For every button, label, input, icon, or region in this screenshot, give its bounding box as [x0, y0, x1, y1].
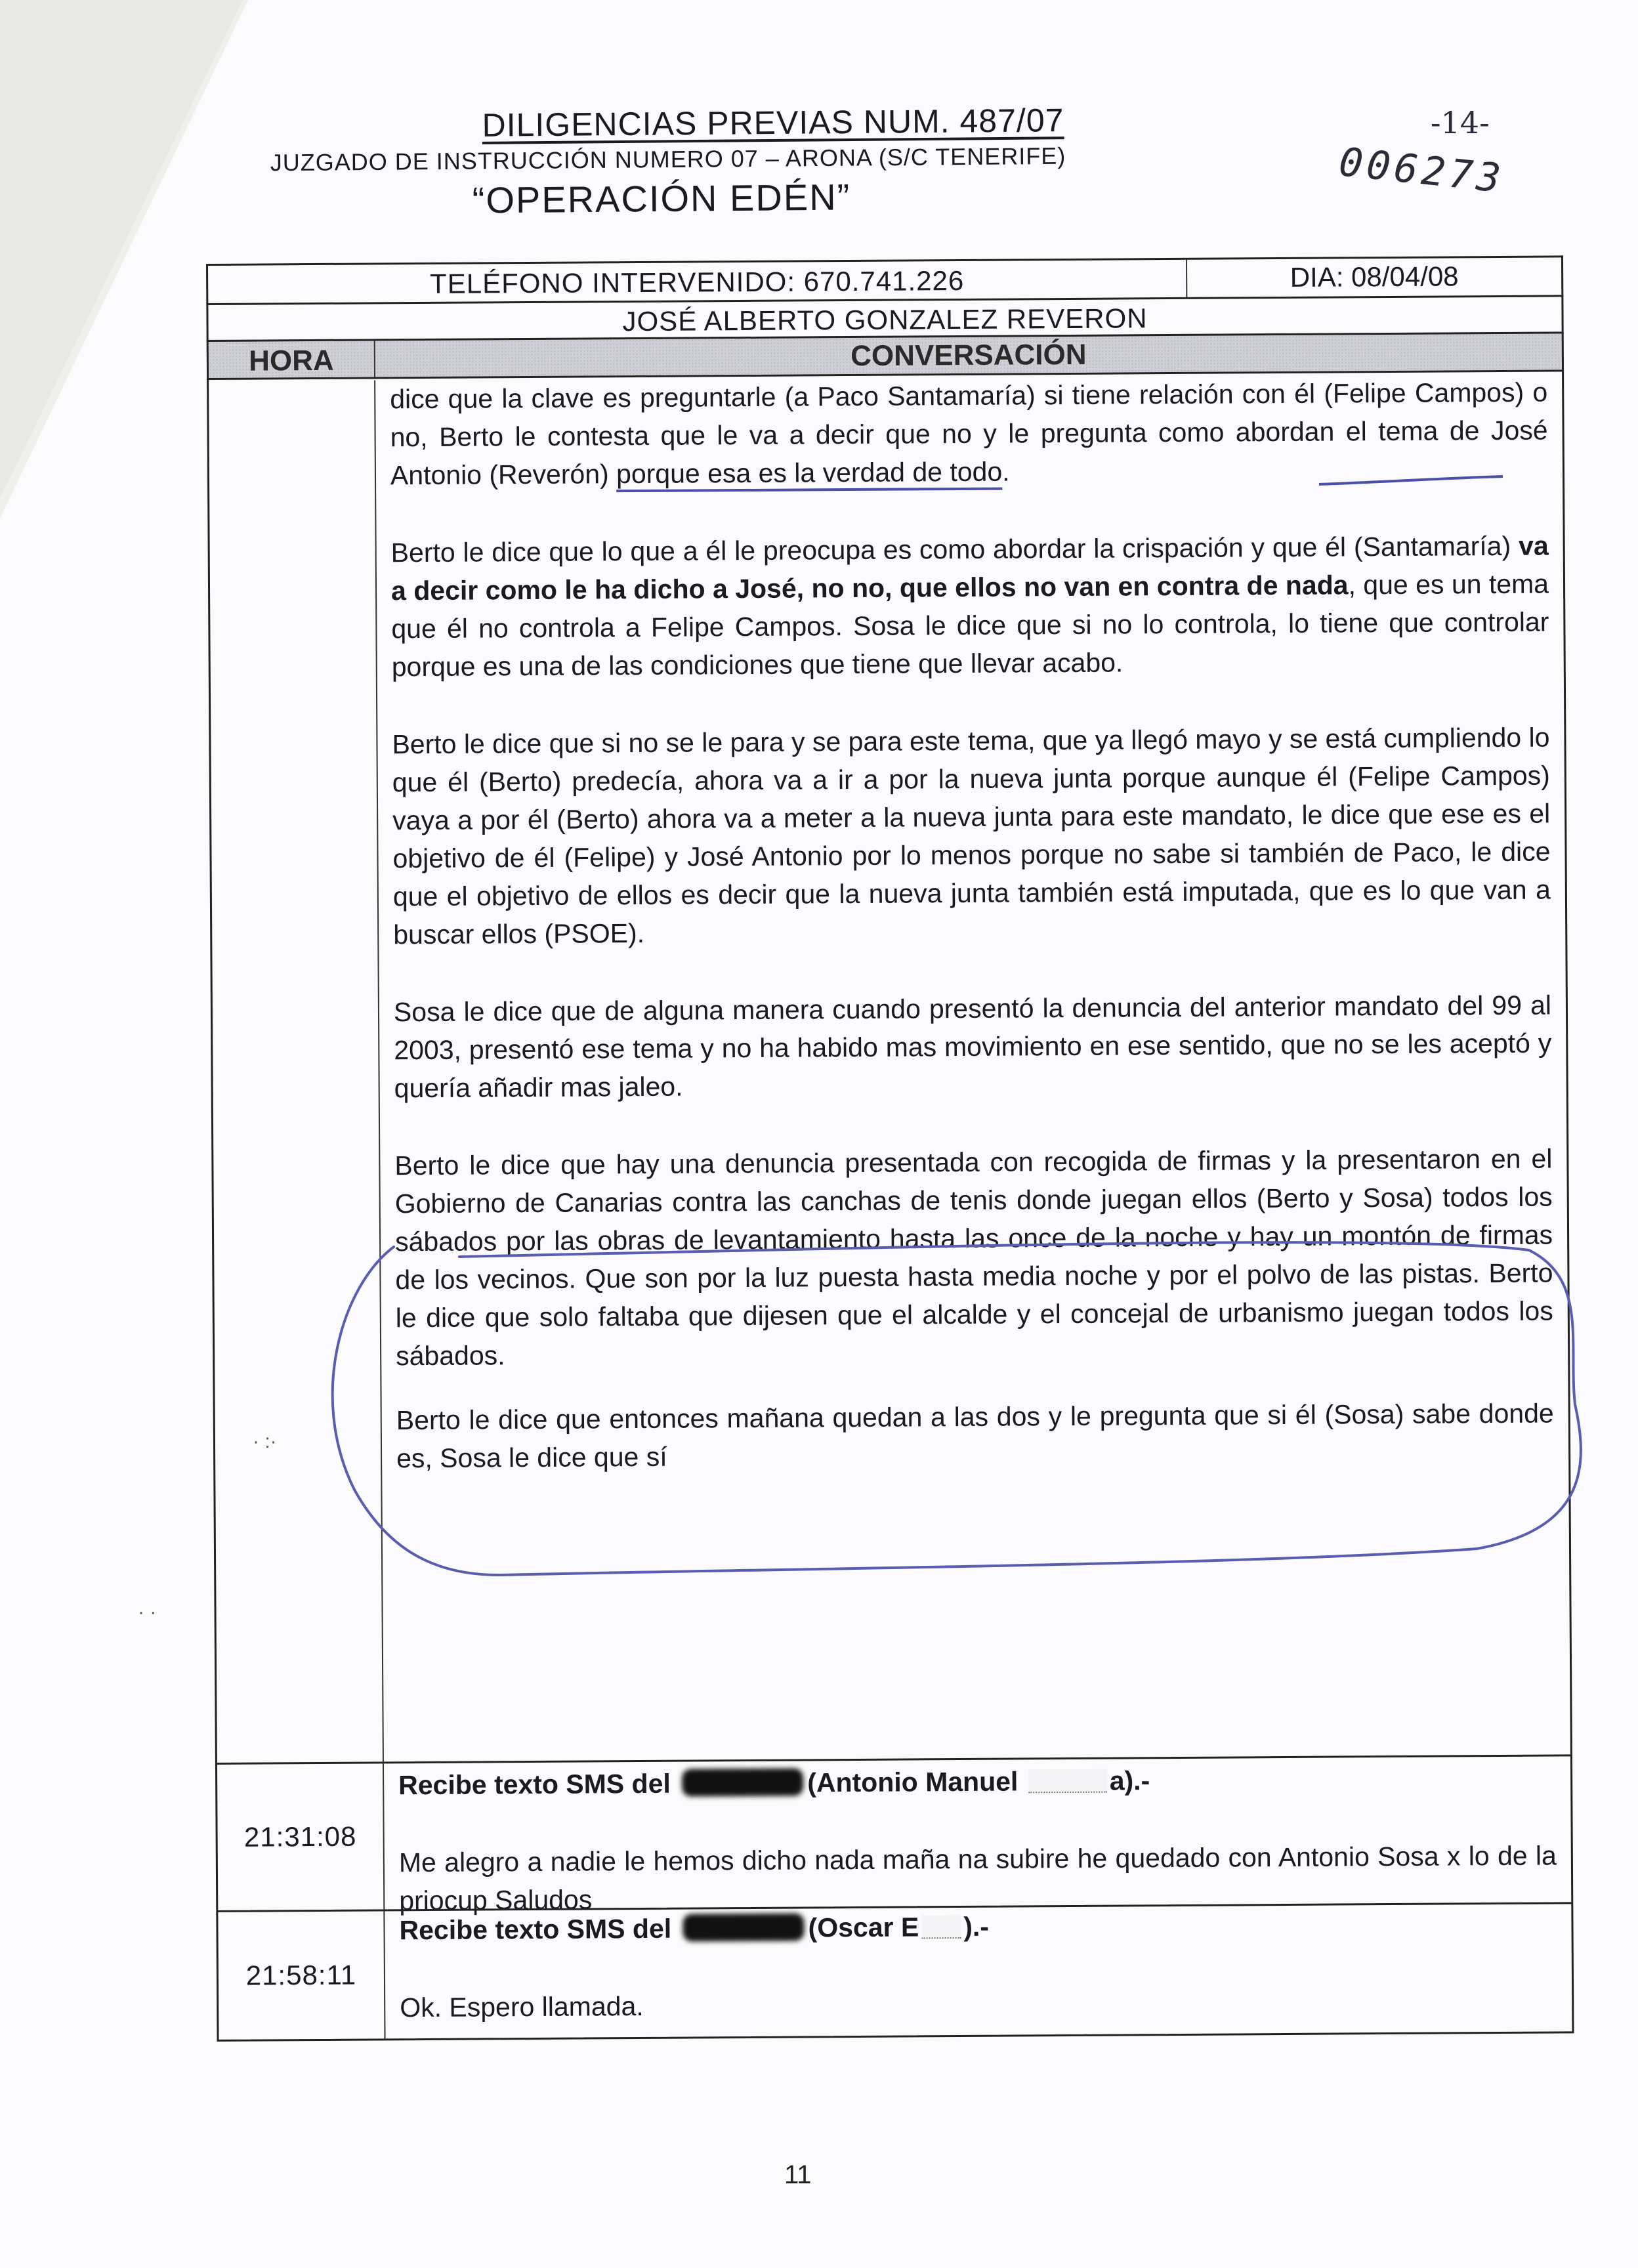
pen-underlined-text: porque esa es la verdad de todo — [616, 457, 1002, 490]
sms-message: Ok. Espero llamada. — [400, 1981, 1557, 2026]
table-row: 21:58:11 Recibe texto SMS del (Oscar E).… — [216, 1902, 1574, 2042]
scan-speckle: · · — [138, 1601, 156, 1624]
redacted-surname — [1028, 1769, 1107, 1794]
conversation-paragraph: Berto le dice que si no se le para y se … — [392, 719, 1551, 954]
operation-title: “OPERACIÓN EDÉN” — [0, 170, 1480, 227]
sms-header: Recibe texto SMS del (Antonio Manuel a).… — [398, 1759, 1556, 1804]
conversation-cell: dice que la clave es preguntarle (a Paco… — [375, 373, 1570, 1761]
conversation-paragraph: dice que la clave es preguntarle (a Paco… — [390, 373, 1548, 495]
entry-time: 21:58:11 — [218, 1911, 385, 2040]
redacted-phone-number — [682, 1913, 804, 1941]
sms-header: Recibe texto SMS del (Oscar E).- — [399, 1904, 1557, 1949]
sms-cell: Recibe texto SMS del (Oscar E).- Ok. Esp… — [385, 1904, 1572, 2038]
intercepted-phone: TELÉFONO INTERVENIDO: 670.741.226 — [208, 260, 1187, 303]
entry-time: 21:31:08 — [217, 1763, 385, 1910]
scan-speckle: · :· — [253, 1431, 277, 1453]
conversation-paragraph: Berto le dice que entonces mañana quedan… — [396, 1394, 1555, 1477]
conversation-paragraph: Sosa le dice que de alguna manera cuando… — [394, 986, 1552, 1107]
wiretap-transcript-table: TELÉFONO INTERVENIDO: 670.741.226 DIA: 0… — [206, 255, 1574, 2042]
page-number: 11 — [784, 2160, 812, 2190]
conversation-paragraph: Berto le dice que lo que a él le preocup… — [391, 527, 1549, 686]
entry-time — [209, 380, 384, 1763]
sms-cell: Recibe texto SMS del (Antonio Manuel a).… — [384, 1756, 1571, 1909]
redacted-phone-number — [682, 1768, 803, 1796]
table-row: 21:31:08 Recibe texto SMS del (Antonio M… — [215, 1754, 1573, 1910]
table-row: dice que la clave es preguntarle (a Paco… — [207, 369, 1572, 1763]
column-header-hora: HORA — [209, 341, 375, 378]
circled-paragraph: Berto le dice que hay una denuncia prese… — [394, 1139, 1553, 1375]
transcript-date: DIA: 08/04/08 — [1187, 257, 1561, 297]
redacted-surname — [921, 1915, 961, 1939]
handwritten-folio-mark: -14- — [1431, 105, 1490, 140]
